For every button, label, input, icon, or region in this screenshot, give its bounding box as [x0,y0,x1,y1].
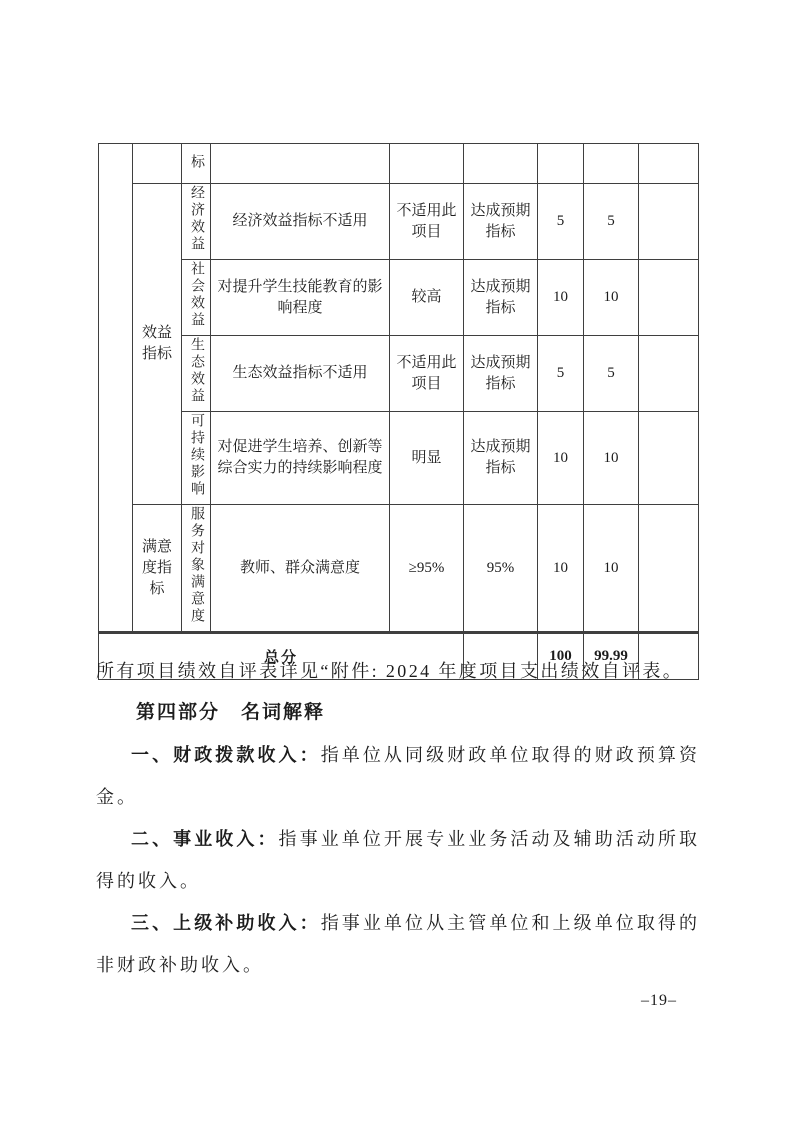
performance-self-evaluation-table: 标 效益指标 经济效益 经济效益指标不适用 不适用此项目 达成预期指标 5 5 … [98,143,699,680]
target-cell: 较高 [390,260,464,336]
section-heading: 第四部分 名词解释 [96,692,700,734]
self-score-cell: 10 [584,260,639,336]
actual-cell-carryover [464,144,538,184]
actual-cell: 达成预期指标 [464,412,538,505]
indicator-cell-carryover [211,144,390,184]
score-cell: 5 [538,184,584,260]
group-cell-carryover [133,144,182,184]
group-cell-satisfaction: 满意度指标 [133,505,182,633]
term-lead: 三、上级补助收入： [131,913,321,933]
left-spacer-cell [99,144,133,633]
sub-indicator-label: 社会效益 [186,261,206,329]
actual-cell: 达成预期指标 [464,336,538,412]
table-row-carryover: 标 [99,144,699,184]
note-cell [639,412,699,505]
body-text: 所有项目绩效自评表详见“附件: 2024 年度项目支出绩效自评表。 第四部分 名… [96,650,700,986]
indicator-cell: 生态效益指标不适用 [211,336,390,412]
sub-indicator-label: 生态效益 [186,337,206,405]
actual-cell: 95% [464,505,538,633]
table-row-sustainability: 可持续影响 对促进学生培养、创新等综合实力的持续影响程度 明显 达成预期指标 1… [99,412,699,505]
sub-indicator-cell-economic: 经济效益 [182,184,211,260]
table-row-economic: 效益指标 经济效益 经济效益指标不适用 不适用此项目 达成预期指标 5 5 [99,184,699,260]
attachment-note-line: 所有项目绩效自评表详见“附件: 2024 年度项目支出绩效自评表。 [96,650,700,692]
score-cell: 10 [538,260,584,336]
score-cell: 10 [538,505,584,633]
sub-indicator-label: 经济效益 [186,185,206,253]
actual-cell: 达成预期指标 [464,260,538,336]
target-cell-carryover [390,144,464,184]
target-cell: 不适用此项目 [390,184,464,260]
indicator-cell: 对促进学生培养、创新等综合实力的持续影响程度 [211,412,390,505]
sub-indicator-cell-satisfaction: 服务对象满意度 [182,505,211,633]
indicator-cell: 教师、群众满意度 [211,505,390,633]
page-number: –19– [641,992,677,1010]
indicator-cell: 对提升学生技能教育的影响程度 [211,260,390,336]
self-score-cell-carryover [584,144,639,184]
self-score-cell: 10 [584,412,639,505]
indicator-cell: 经济效益指标不适用 [211,184,390,260]
term-definition-1: 一、财政拨款收入：指单位从同级财政单位取得的财政预算资金。 [96,734,700,818]
sub-indicator-label: 服务对象满意度 [186,506,206,625]
score-cell: 5 [538,336,584,412]
group-cell-benefit: 效益指标 [133,184,182,505]
sub-indicator-label: 可持续影响 [186,413,206,498]
self-score-cell: 10 [584,505,639,633]
table-row-ecological: 生态效益 生态效益指标不适用 不适用此项目 达成预期指标 5 5 [99,336,699,412]
note-cell [639,505,699,633]
score-cell: 10 [538,412,584,505]
term-definition-2: 二、事业收入：指事业单位开展专业业务活动及辅助活动所取得的收入。 [96,818,700,902]
target-cell: 不适用此项目 [390,336,464,412]
table-row-satisfaction: 满意度指标 服务对象满意度 教师、群众满意度 ≥95% 95% 10 10 [99,505,699,633]
note-cell [639,260,699,336]
sub-indicator-cell-ecological: 生态效益 [182,336,211,412]
actual-cell: 达成预期指标 [464,184,538,260]
self-score-cell: 5 [584,336,639,412]
sub-indicator-cell-social: 社会效益 [182,260,211,336]
term-lead: 二、事业收入： [131,829,279,849]
target-cell: ≥95% [390,505,464,633]
self-score-cell: 5 [584,184,639,260]
term-lead: 一、财政拨款收入： [131,745,321,765]
note-cell-carryover [639,144,699,184]
note-cell [639,336,699,412]
note-cell [639,184,699,260]
sub-indicator-cell-sustainability: 可持续影响 [182,412,211,505]
table-row-social: 社会效益 对提升学生技能教育的影响程度 较高 达成预期指标 10 10 [99,260,699,336]
term-definition-3: 三、上级补助收入：指事业单位从主管单位和上级单位取得的非财政补助收入。 [96,902,700,986]
score-cell-carryover [538,144,584,184]
sub-indicator-label-tail: 标 [186,154,206,171]
sub-indicator-cell-carryover: 标 [182,144,211,184]
target-cell: 明显 [390,412,464,505]
